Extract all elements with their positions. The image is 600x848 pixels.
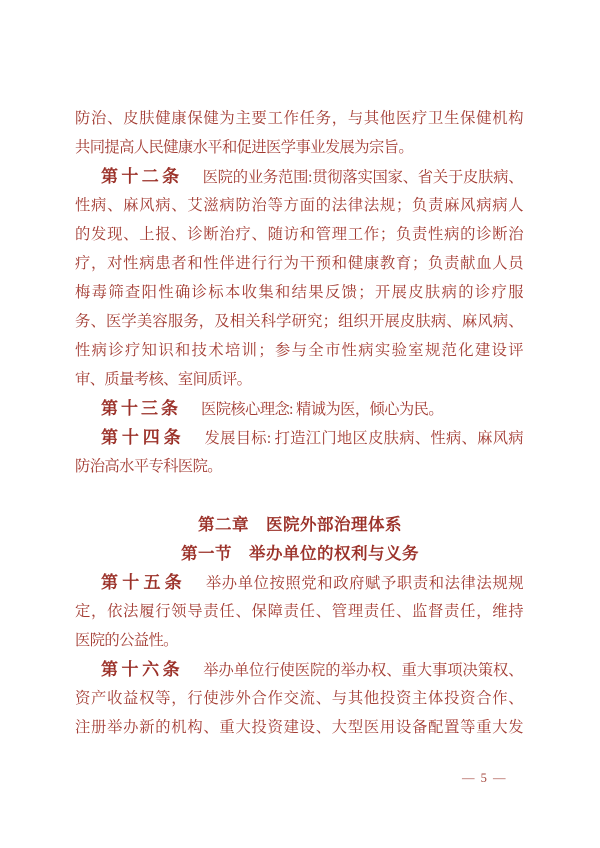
line-text: 性病、麻风病、艾滋病防治等方面的法律法规；负责麻风病病人 — [75, 197, 523, 214]
text-line: 防治、皮肤健康保健为主要工作任务，与其他医疗卫生保健机构 — [75, 104, 523, 133]
text-line: 审、质量考核、室间质评。 — [75, 365, 523, 394]
text-line: 疗，对性病患者和性伴进行行为干预和健康教育；负责献血人员 — [75, 249, 523, 278]
text-line: 资产收益权等，行使涉外合作交流、与其他投资主体投资合作、 — [75, 684, 523, 713]
text-line: 性病诊疗知识和技术培训；参与全市性病实验室规范化建设评 — [75, 336, 523, 365]
article-number-label: 第十三条 — [101, 399, 181, 418]
text-line: 医院的公益性。 — [75, 626, 523, 655]
line-text: 定，依法履行领导责任、保障责任、管理责任、监督责任，维持 — [75, 603, 523, 620]
text-line: 梅毒筛查阳性确诊标本收集和结果反馈；开展皮肤病的诊疗服 — [75, 278, 523, 307]
article-number-label: 第十五条 — [101, 573, 186, 592]
text-line-article-15: 第十五条举办单位按照党和政府赋予职责和法律法规规 — [75, 568, 523, 597]
line-text: 发展目标: 打造江门地区皮肤病、性病、麻风病 — [205, 430, 523, 447]
text-line: 共同提高人民健康水平和促进医学事业发展为宗旨。 — [75, 133, 523, 162]
article-number-label: 第十二条 — [101, 167, 183, 186]
document-page: 防治、皮肤健康保健为主要工作任务，与其他医疗卫生保健机构 共同提高人民健康水平和… — [0, 0, 600, 848]
section-heading: 第一节 举办单位的权利与义务 — [0, 540, 600, 569]
line-text: 注册举办新的机构、重大投资建设、大型医用设备配置等重大发 — [75, 719, 523, 736]
article-number-label: 第十六条 — [101, 660, 183, 679]
text-line: 的发现、上报、诊断治疗、随访和管理工作；负责性病的诊断治 — [75, 220, 523, 249]
text-line: 防治高水平专科医院。 — [75, 452, 523, 481]
text-line-article-16: 第十六条举办单位行使医院的举办权、重大事项决策权、 — [75, 655, 523, 684]
line-text: 医院的业务范围:贯彻落实国家、省关于皮肤病、 — [203, 169, 523, 186]
line-text: 性病诊疗知识和技术培训；参与全市性病实验室规范化建设评 — [75, 342, 523, 359]
text-line-article-14: 第十四条发展目标: 打造江门地区皮肤病、性病、麻风病 — [75, 423, 523, 452]
line-text: 务、医学美容服务，及相关科学研究；组织开展皮肤病、麻风病、 — [75, 313, 523, 330]
text-line: 注册举办新的机构、重大投资建设、大型医用设备配置等重大发 — [75, 713, 523, 742]
text-line: 务、医学美容服务，及相关科学研究；组织开展皮肤病、麻风病、 — [75, 307, 523, 336]
line-text: 梅毒筛查阳性确诊标本收集和结果反馈；开展皮肤病的诊疗服 — [75, 284, 523, 301]
page-number: — 5 — — [462, 771, 507, 786]
line-text: 共同提高人民健康水平和促进医学事业发展为宗旨。 — [75, 139, 413, 156]
line-text: 审、质量考核、室间质评。 — [75, 371, 251, 388]
chapter-heading: 第二章 医院外部治理体系 — [0, 511, 600, 540]
line-text: 医院核心理念: 精诚为医，倾心为民。 — [201, 401, 443, 418]
article-number-label: 第十四条 — [101, 428, 185, 447]
line-text: 举办单位按照党和政府赋予职责和法律法规规 — [206, 575, 523, 592]
line-text: 疗，对性病患者和性伴进行行为干预和健康教育；负责献血人员 — [75, 255, 523, 272]
line-text: 的发现、上报、诊断治疗、随访和管理工作；负责性病的诊断治 — [75, 226, 523, 243]
body-text-block-upper: 防治、皮肤健康保健为主要工作任务，与其他医疗卫生保健机构 共同提高人民健康水平和… — [75, 104, 523, 481]
line-text: 医院的公益性。 — [75, 632, 178, 649]
text-line-article-12: 第十二条医院的业务范围:贯彻落实国家、省关于皮肤病、 — [75, 162, 523, 191]
text-line-article-13: 第十三条医院核心理念: 精诚为医，倾心为民。 — [75, 394, 523, 423]
text-line: 性病、麻风病、艾滋病防治等方面的法律法规；负责麻风病病人 — [75, 191, 523, 220]
body-text-block-lower: 第十五条举办单位按照党和政府赋予职责和法律法规规 定，依法履行领导责任、保障责任… — [75, 568, 523, 742]
line-text: 防治、皮肤健康保健为主要工作任务，与其他医疗卫生保健机构 — [75, 110, 523, 127]
line-text: 防治高水平专科医院。 — [75, 458, 222, 475]
line-text: 举办单位行使医院的举办权、重大事项决策权、 — [203, 662, 523, 679]
text-line: 定，依法履行领导责任、保障责任、管理责任、监督责任，维持 — [75, 597, 523, 626]
line-text: 资产收益权等，行使涉外合作交流、与其他投资主体投资合作、 — [75, 690, 523, 707]
